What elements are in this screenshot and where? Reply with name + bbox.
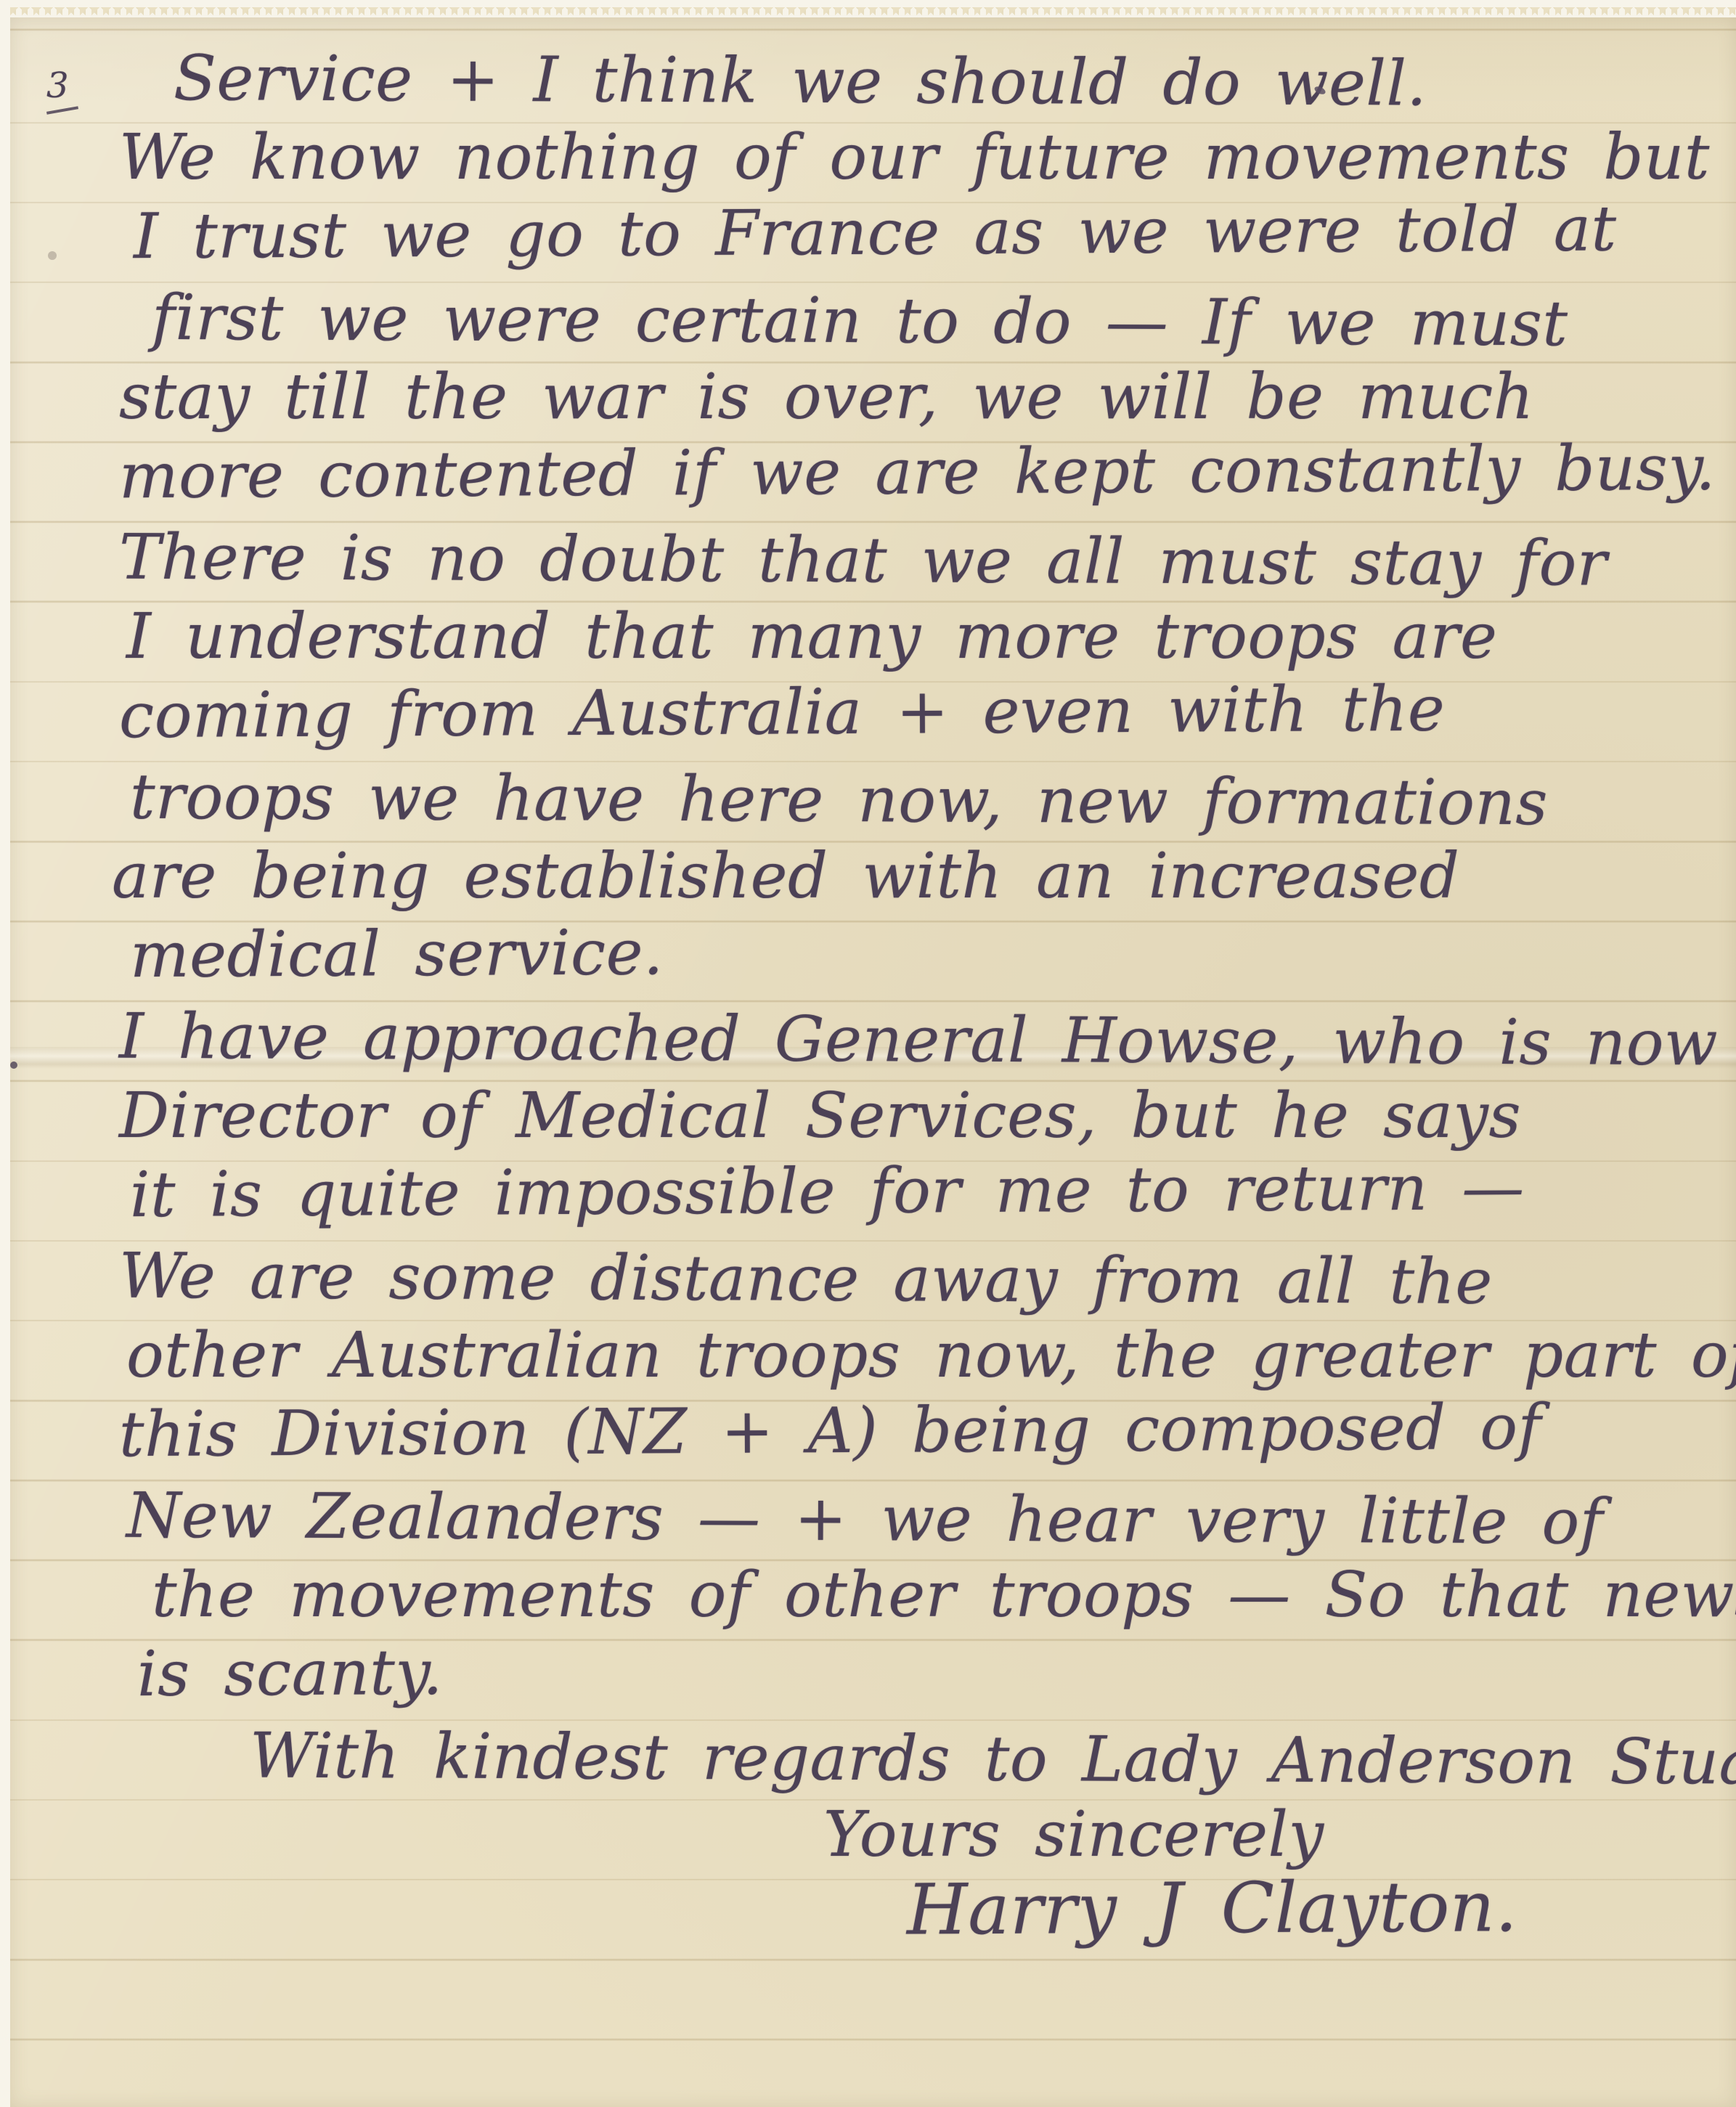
letter-line: coming from Australia + even with the xyxy=(10,668,1736,757)
letter-line: We know nothing of our future movements … xyxy=(10,118,1736,197)
letter-line: Director of Medical Services, but he say… xyxy=(10,1076,1736,1156)
letter-line: this Division (NZ + A) being composed of xyxy=(10,1387,1736,1475)
letter-line: are being established with an increased xyxy=(10,836,1736,916)
letter-line-regards: With kindest regards to Lady Anderson St… xyxy=(10,1715,1736,1802)
letter-paper: 3 Service + I think we should do well. W… xyxy=(10,17,1736,2107)
ink-speck xyxy=(10,1061,17,1069)
letter-line: other Australian troops now, the greater… xyxy=(10,1316,1736,1395)
letter-line: I trust we go to France as we were told … xyxy=(10,189,1736,277)
letter-line: There is no doubt that we all must stay … xyxy=(10,517,1736,604)
letter-line: the movements of other troops — So that … xyxy=(10,1555,1736,1635)
letter-line: I have approached General Howse, who is … xyxy=(10,996,1736,1083)
letter-scan: 3 Service + I think we should do well. W… xyxy=(0,0,1736,2107)
closing-line: Yours sincerely xyxy=(10,1795,1736,1875)
letter-line: is scanty. xyxy=(10,1626,1736,1715)
signature-name: Harry J Clayton. xyxy=(10,1866,1736,1955)
letter-line: We are some distance away from all the xyxy=(10,1236,1736,1323)
letter-line: more contented if we are kept constantly… xyxy=(10,428,1736,517)
letter-line: it is quite impossible for me to return … xyxy=(10,1147,1736,1236)
letter-line: first we were certain to do — If we must xyxy=(10,277,1736,364)
letter-line: New Zealanders — + we hear very little o… xyxy=(10,1475,1736,1562)
letter-line: medical service. xyxy=(10,908,1736,996)
letter-line: troops we have here now, new formations xyxy=(10,757,1736,844)
ink-speck xyxy=(48,251,57,260)
letter-body: Service + I think we should do well. We … xyxy=(10,38,1736,1955)
letter-line: Service + I think we should do well. xyxy=(10,38,1736,125)
letter-line: I understand that many more troops are xyxy=(10,597,1736,677)
letter-line: stay till the war is over, we will be mu… xyxy=(10,357,1736,437)
